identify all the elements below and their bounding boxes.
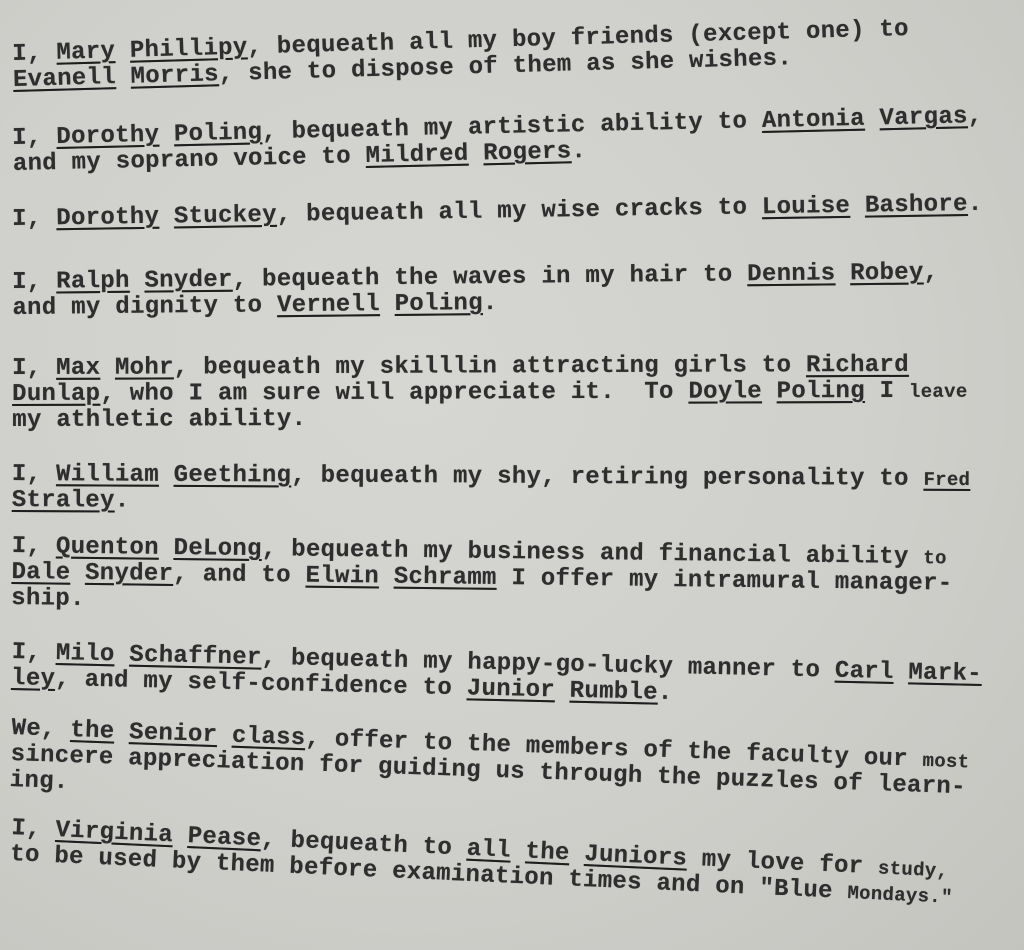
text-line: I, William Geething, bequeath my shy, re… — [12, 462, 970, 493]
underlined-name: Dorothy — [56, 122, 160, 151]
text-segment — [468, 140, 483, 167]
senior-class-appreciation: We, the Senior class, offer to the membe… — [9, 716, 970, 827]
text-segment: I, — [12, 269, 56, 296]
text-segment: We, — [11, 715, 71, 744]
text-segment: , bequeath my shy, retiring personality … — [291, 462, 923, 492]
text-segment — [893, 659, 908, 686]
underlined-name: Elwin — [305, 563, 379, 591]
text-segment — [114, 641, 129, 668]
text-line: Straley. — [12, 488, 970, 519]
underlined-name: Stuckey — [174, 202, 277, 231]
underlined-name: Schramm — [394, 564, 497, 592]
text-segment: , bequeath my skilllin attracting girls … — [174, 352, 806, 381]
underlined-name: ley — [11, 665, 56, 693]
underlined-name: Poling — [174, 119, 263, 148]
bequest-mary-phillipy: I, Mary Phillipy, bequeath all my boy fr… — [12, 17, 910, 94]
text-segment: I, — [12, 205, 57, 233]
bequest-virginia-pease: I, Virginia Pease, bequeath to all the J… — [10, 816, 955, 911]
text-segment — [379, 563, 394, 590]
underlined-name: Morris — [130, 61, 219, 90]
underlined-name: Richard — [806, 352, 909, 379]
text-segment — [835, 260, 850, 287]
text-segment: . — [968, 191, 983, 218]
text-segment: I, — [11, 639, 56, 667]
underlined-name: Junior — [466, 675, 555, 704]
text-line: my athletic ability. — [12, 405, 967, 434]
text-segment — [510, 838, 526, 866]
underlined-name: Ralph — [56, 268, 130, 296]
underlined-name: Milo — [56, 640, 115, 668]
bequest-dorothy-stuckey: I, Dorothy Stuckey, bequeath all my wise… — [12, 192, 983, 233]
text-segment: I — [865, 378, 909, 405]
text-segment — [380, 291, 395, 318]
underlined-name: Quenton — [56, 534, 159, 562]
text-segment — [850, 193, 865, 220]
underlined-name: DeLong — [173, 535, 262, 563]
text-segment: , bequeath the waves in my hair to — [233, 261, 748, 293]
text-segment: and my dignity to — [12, 292, 277, 322]
text-segment — [159, 203, 174, 230]
underlined-name: all — [466, 836, 511, 865]
underlined-name: Rogers — [483, 138, 572, 167]
underlined-name: Louise — [762, 193, 851, 221]
underlined-name: Geething — [174, 462, 292, 490]
text-segment — [159, 535, 174, 562]
bequest-ralph-snyder: I, Ralph Snyder, bequeath the waves in m… — [12, 260, 939, 322]
underlined-name: Snyder — [85, 560, 174, 588]
text-segment: ing. — [9, 767, 69, 796]
text-segment: I, — [12, 40, 57, 68]
underlined-name: Vernell — [277, 291, 380, 319]
text-segment: I offer my intramural manager- — [497, 565, 953, 598]
underlined-name: Robey — [850, 259, 924, 287]
text-segment: , bequeath all my wise cracks to — [277, 194, 763, 229]
underlined-name: Mary — [56, 38, 116, 67]
text-segment: ship. — [11, 585, 85, 613]
underlined-name: Straley — [12, 487, 115, 515]
text-segment: . — [571, 138, 586, 165]
text-segment — [159, 121, 174, 148]
text-segment: , and to — [173, 561, 306, 590]
text-segment — [865, 105, 880, 132]
underlined-name: Mohr — [115, 354, 174, 381]
underlined-name: Mildred — [365, 141, 469, 170]
text-segment: I, — [12, 461, 56, 488]
underlined-name: Evanell — [13, 64, 117, 94]
text-segment — [130, 268, 145, 295]
text-segment: Mondays." — [847, 882, 953, 909]
text-segment — [70, 560, 85, 587]
text-segment: . — [483, 290, 498, 317]
text-segment: , — [924, 259, 939, 286]
underlined-name: William — [56, 461, 159, 489]
bequest-milo-schaffner: I, Milo Schaffner, bequeath my happy-go-… — [11, 640, 982, 714]
bequest-max-mohr: I, Max Mohr, bequeath my skilllin attrac… — [12, 353, 968, 434]
text-segment — [114, 719, 130, 746]
underlined-name: Poling — [395, 290, 483, 318]
text-segment — [115, 38, 130, 65]
underlined-name: Vargas — [879, 103, 968, 132]
underlined-name: Dennis — [747, 260, 835, 288]
underlined-name: Carl — [835, 658, 894, 686]
underlined-name: Rumble — [569, 678, 658, 707]
bequest-dorothy-poling: I, Dorothy Poling, bequeath my artistic … — [12, 104, 983, 178]
underlined-name: Dorothy — [56, 204, 159, 233]
underlined-name: the — [70, 717, 115, 746]
underlined-name: Doyle — [688, 378, 762, 405]
underlined-name: Poling — [777, 378, 865, 405]
text-segment — [762, 378, 777, 405]
text-segment — [217, 722, 233, 749]
bequest-william-geething: I, William Geething, bequeath my shy, re… — [12, 462, 971, 519]
text-line: Dunlap, who I am sure will appreciate it… — [12, 379, 967, 408]
typewritten-page: I, Mary Phillipy, bequeath all my boy fr… — [0, 0, 1024, 950]
text-segment: , who I am sure will appreciate it. To — [100, 379, 688, 408]
text-segment: my athletic ability. — [12, 406, 306, 434]
bequest-quenton-delong: I, Quenton DeLong, bequeath my business … — [11, 534, 953, 623]
underlined-name: Bashore — [865, 191, 968, 220]
text-segment: I, — [12, 533, 56, 561]
text-line: I, Dorothy Stuckey, bequeath all my wise… — [12, 192, 983, 233]
text-segment: leave — [909, 381, 968, 403]
text-segment — [116, 64, 131, 91]
underlined-name: Dunlap — [12, 381, 100, 408]
underlined-name: Fred — [923, 469, 970, 491]
text-segment: . — [115, 488, 130, 515]
underlined-name: Antonia — [762, 106, 866, 135]
text-segment: I, — [11, 815, 56, 844]
text-segment: , — [967, 103, 982, 130]
underlined-name: Max — [56, 355, 100, 382]
text-segment: to — [923, 547, 947, 569]
underlined-name: Mark- — [908, 659, 982, 688]
text-segment: I, — [12, 355, 56, 382]
text-segment: study, — [878, 857, 949, 882]
text-segment: I, — [12, 124, 57, 152]
text-segment — [555, 677, 570, 704]
underlined-name: the — [525, 838, 570, 867]
text-segment — [100, 355, 115, 382]
text-segment: . — [658, 680, 673, 707]
underlined-name: Snyder — [144, 267, 232, 295]
text-segment — [159, 462, 174, 489]
text-segment: most — [922, 750, 970, 774]
underlined-name: Dale — [11, 559, 70, 587]
underlined-name: class — [232, 723, 306, 753]
